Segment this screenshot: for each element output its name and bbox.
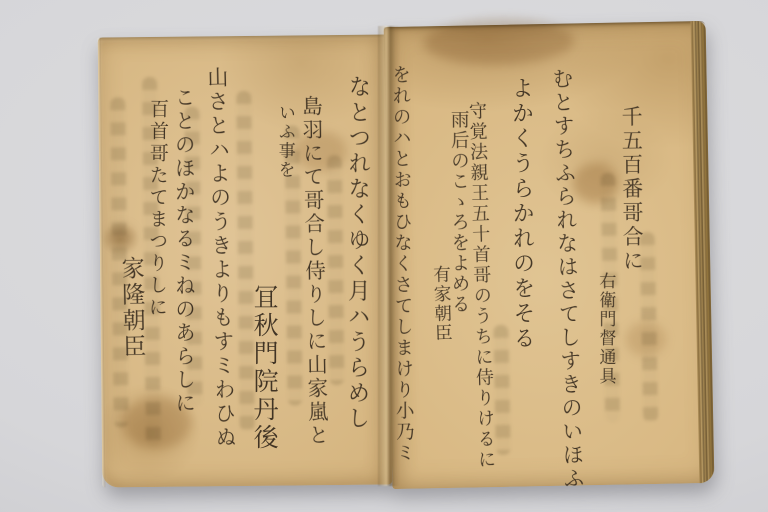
- text-column-author2: 有家朝臣: [432, 265, 452, 343]
- text-column-kotobagaki2a: 守覚法親王五十首哥のうちに侍りけるに: [468, 101, 496, 470]
- text-column-author1: 右衛門督通具: [597, 272, 614, 386]
- bleedthrough-column: [493, 325, 510, 455]
- left-page: なとつれなくゆく月ハうらめし 島羽にて哥合し侍りしに山家嵐と いふ事を 冝秋門院…: [98, 34, 393, 487]
- bleedthrough-column: [327, 155, 344, 385]
- text-column-kotobagaki4: 百首哥たてまつりしに: [147, 99, 168, 319]
- text-column-kotobagaki3b: いふ事を: [276, 104, 294, 180]
- book: なとつれなくゆく月ハうらめし 島羽にて哥合し侍りしに山家嵐と いふ事を 冝秋門院…: [0, 0, 768, 512]
- page-top-edge: [98, 34, 388, 41]
- text-column-poem3-line1: 山さとハよのうきよりもすミわひぬ: [206, 66, 236, 450]
- paper-stain: [108, 225, 134, 247]
- text-column-title: 千五百番哥合に: [620, 105, 642, 273]
- paper-stain: [625, 322, 666, 357]
- text-column-poem2-line2: なとつれなくゆく月ハうらめし: [345, 75, 369, 432]
- book-gutter: [378, 26, 400, 486]
- text-column-poem1-line1: むとすちふられなはさてしすきのいほふ: [551, 67, 584, 490]
- text-column-poem3-line2: ことのほかなるミねのあらしに: [172, 87, 193, 416]
- page-stack-edge: [691, 21, 715, 483]
- text-column-author3: 冝秋門院丹後: [251, 284, 276, 452]
- text-column-poem1-line2: よかくうらかれのをそる: [510, 76, 534, 351]
- paper-stain: [423, 17, 574, 66]
- page-left-edge: [98, 37, 106, 487]
- text-column-author4: 家隆朝臣: [119, 256, 144, 360]
- right-page: 千五百番哥合に 右衛門督通具 むとすちふられなはさてしすきのいほふ よかくうらか…: [384, 21, 715, 489]
- manuscript-photo: なとつれなくゆく月ハうらめし 島羽にて哥合し侍りしに山家嵐と いふ事を 冝秋門院…: [0, 0, 768, 512]
